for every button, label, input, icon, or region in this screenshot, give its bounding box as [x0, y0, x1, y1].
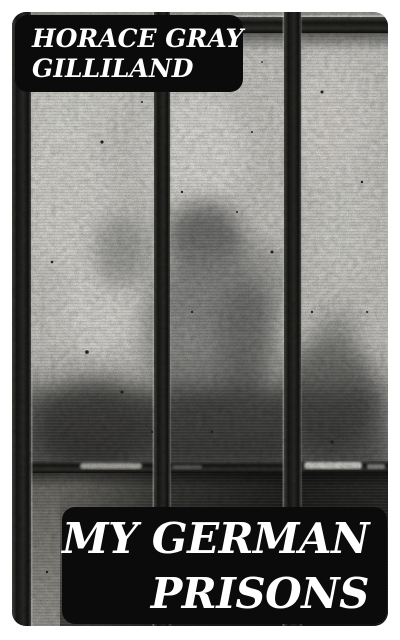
title-plate: MY GERMAN PRISONS: [62, 507, 387, 624]
title-line2: PRISONS: [62, 566, 369, 621]
author-name-line2: GILLILAND: [32, 54, 243, 84]
book-cover: HORACE GRAY GILLILAND MY GERMAN PRISONS: [0, 0, 400, 640]
author-plate: HORACE GRAY GILLILAND: [15, 15, 243, 92]
author-name-line1: HORACE GRAY: [32, 24, 243, 54]
title-line1: MY GERMAN: [62, 511, 369, 566]
